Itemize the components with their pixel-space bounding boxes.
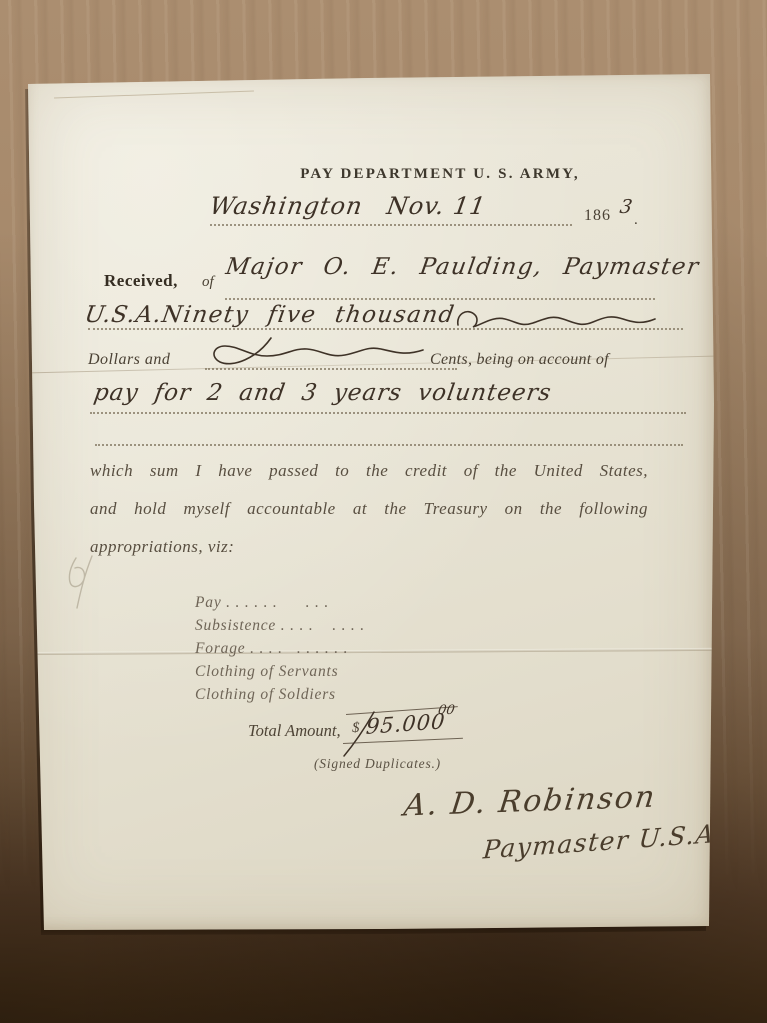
cents-blank-rule: [205, 368, 457, 370]
appropriation-item: Clothing of Soldiers: [195, 686, 336, 704]
empty-rule: [95, 444, 683, 446]
handwritten-payer: Major O. E. Paulding, Paymaster: [226, 254, 699, 280]
payer-rule: [225, 298, 655, 300]
signature-title: Paymaster U.S.A.: [482, 819, 725, 865]
body-line-1: which sum I have passed to the credit of…: [90, 461, 648, 481]
amount-words-rule: [88, 328, 683, 330]
printed-year-prefix: 186: [584, 207, 611, 225]
handwritten-date: Nov. 11: [385, 192, 488, 220]
purpose-rule: [90, 412, 686, 414]
handwritten-place: Washington: [208, 192, 365, 220]
printed-year-period: .: [634, 212, 638, 229]
pencil-mark: [62, 552, 106, 612]
signed-duplicates-note: (Signed Duplicates.): [314, 756, 441, 772]
appropriation-item: Subsistence . . . . . . . .: [195, 617, 365, 635]
dollars-label: Dollars and: [88, 351, 170, 369]
body-line-2: and hold myself accountable at the Treas…: [90, 499, 648, 519]
received-label: Received,: [104, 271, 178, 291]
handwritten-amount-cents: 00: [438, 703, 455, 718]
handwritten-dateline: WashingtonNov. 11: [210, 192, 486, 220]
appropriation-item: Pay . . . . . . . . .: [195, 594, 329, 612]
body-line-3: appropriations, viz:: [90, 537, 648, 557]
handwritten-purpose: pay for 2 and 3 years volunteers: [94, 380, 551, 406]
date-rule: [210, 224, 572, 226]
photo-of-army-pay-receipt: PAY DEPARTMENT U. S. ARMY, WashingtonNov…: [0, 0, 767, 1023]
appropriation-item: Clothing of Servants: [195, 663, 338, 681]
total-amount-label: Total Amount,: [248, 721, 341, 741]
handwritten-year-digit: 3: [618, 196, 634, 218]
form-title: PAY DEPARTMENT U. S. ARMY,: [295, 166, 585, 183]
handwritten-amount-words: Ninety five thousand: [162, 302, 455, 328]
paper-crease-top: [54, 91, 254, 99]
ink-flourish-squiggle-2: [205, 336, 430, 372]
handwritten-unit: U.S.A.: [85, 302, 162, 328]
appropriation-item: Forage . . . . . . . . . .: [195, 640, 348, 658]
cents-label: Cents, being on account of: [430, 351, 609, 369]
paper-fold-crease: [28, 648, 714, 655]
of-label: of: [202, 274, 214, 291]
receipt-document: PAY DEPARTMENT U. S. ARMY, WashingtonNov…: [28, 74, 714, 930]
signature-name: A. D. Robinson: [403, 780, 656, 824]
ink-slash-flourish: [340, 710, 380, 758]
